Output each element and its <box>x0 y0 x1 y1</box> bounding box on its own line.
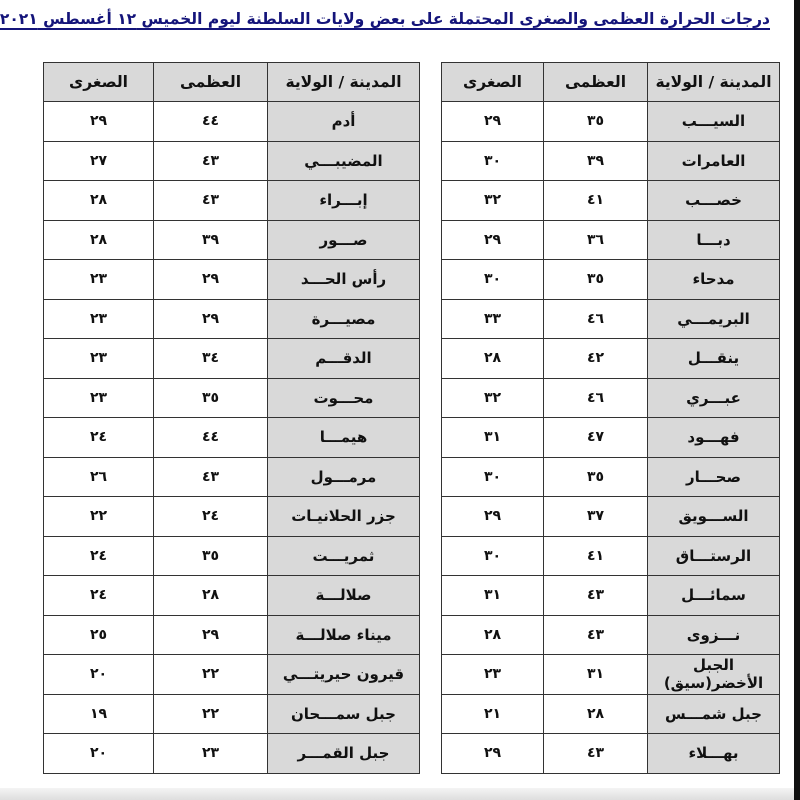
table-row: مرمـــول٤٣٢٦ <box>44 457 420 497</box>
min-temp-cell: ٢٩ <box>442 220 544 260</box>
table-row: السيـــب٣٥٢٩ <box>442 102 780 142</box>
city-cell: قيرون حيريتـــي <box>268 655 420 695</box>
min-temp-cell: ١٩ <box>44 694 154 734</box>
min-temp-cell: ٣٢ <box>442 181 544 221</box>
max-temp-cell: ٣٥ <box>154 378 268 418</box>
max-temp-cell: ٢٨ <box>154 576 268 616</box>
max-temp-cell: ٤٦ <box>544 299 648 339</box>
max-temp-cell: ٢٤ <box>154 497 268 537</box>
city-cell: العامرات <box>648 141 780 181</box>
city-cell: الســـويق <box>648 497 780 537</box>
city-cell: فهـــود <box>648 418 780 458</box>
min-temp-cell: ٢٩ <box>442 102 544 142</box>
header-min: الصغرى <box>44 63 154 102</box>
max-temp-cell: ٣٥ <box>544 260 648 300</box>
city-cell: عبـــري <box>648 378 780 418</box>
max-temp-cell: ٣٧ <box>544 497 648 537</box>
max-temp-cell: ٢٩ <box>154 615 268 655</box>
city-cell: الدقـــم <box>268 339 420 379</box>
max-temp-cell: ٤٣ <box>154 181 268 221</box>
table-row: ميناء صلالـــة٢٩٢٥ <box>44 615 420 655</box>
max-temp-cell: ٣١ <box>544 655 648 695</box>
table-row: جبل سمـــحان٢٢١٩ <box>44 694 420 734</box>
min-temp-cell: ٣١ <box>442 418 544 458</box>
city-cell: سمائـــل <box>648 576 780 616</box>
table-row: إبـــراء٤٣٢٨ <box>44 181 420 221</box>
header-max: العظمى <box>154 63 268 102</box>
max-temp-cell: ٤١ <box>544 536 648 576</box>
min-temp-cell: ٢٤ <box>44 418 154 458</box>
table-row: هيمـــا٤٤٢٤ <box>44 418 420 458</box>
table-row: سمائـــل٤٣٣١ <box>442 576 780 616</box>
min-temp-cell: ٢٣ <box>44 378 154 418</box>
table-row: العامرات٣٩٣٠ <box>442 141 780 181</box>
max-temp-cell: ٣٦ <box>544 220 648 260</box>
city-cell: دبـــا <box>648 220 780 260</box>
city-cell: مدحاء <box>648 260 780 300</box>
max-temp-cell: ٤٣ <box>154 457 268 497</box>
city-cell: إبـــراء <box>268 181 420 221</box>
table-row: قيرون حيريتـــي٢٢٢٠ <box>44 655 420 695</box>
min-temp-cell: ٣٣ <box>442 299 544 339</box>
min-temp-cell: ٢٨ <box>44 181 154 221</box>
min-temp-cell: ٢٤ <box>44 576 154 616</box>
table-row: نـــزوى٤٣٢٨ <box>442 615 780 655</box>
max-temp-cell: ٢٢ <box>154 655 268 695</box>
table-row: صلالـــة٢٨٢٤ <box>44 576 420 616</box>
city-cell: رأس الحـــد <box>268 260 420 300</box>
min-temp-cell: ٢٣ <box>442 655 544 695</box>
city-cell: مصيـــرة <box>268 299 420 339</box>
city-cell: صـــور <box>268 220 420 260</box>
temperature-table-right: المدينة / الولاية العظمى الصغرى السيـــب… <box>441 62 780 774</box>
min-temp-cell: ٣٠ <box>442 536 544 576</box>
table-header-row: المدينة / الولاية العظمى الصغرى <box>44 63 420 102</box>
max-temp-cell: ٢٩ <box>154 260 268 300</box>
min-temp-cell: ٢٣ <box>44 260 154 300</box>
max-temp-cell: ٤٣ <box>544 734 648 774</box>
city-cell: أدم <box>268 102 420 142</box>
min-temp-cell: ٢٨ <box>44 220 154 260</box>
city-cell: جزر الحلانيـات <box>268 497 420 537</box>
table-row: الرستـــاق٤١٣٠ <box>442 536 780 576</box>
table-row: صحـــار٣٥٣٠ <box>442 457 780 497</box>
min-temp-cell: ٣٢ <box>442 378 544 418</box>
max-temp-cell: ٤٣ <box>154 141 268 181</box>
table-row: الجبل الأخضر(سيق)٣١٢٣ <box>442 655 780 695</box>
table-row: دبـــا٣٦٢٩ <box>442 220 780 260</box>
max-temp-cell: ٤٤ <box>154 418 268 458</box>
city-cell: السيـــب <box>648 102 780 142</box>
city-cell: البريمـــي <box>648 299 780 339</box>
min-temp-cell: ٢٣ <box>44 299 154 339</box>
table-row: جزر الحلانيـات٢٤٢٢ <box>44 497 420 537</box>
city-cell: خصـــب <box>648 181 780 221</box>
table-row: ثمريـــت٣٥٢٤ <box>44 536 420 576</box>
max-temp-cell: ٣٥ <box>544 457 648 497</box>
max-temp-cell: ٣٤ <box>154 339 268 379</box>
min-temp-cell: ٢٤ <box>44 536 154 576</box>
city-cell: مرمـــول <box>268 457 420 497</box>
header-city: المدينة / الولاية <box>268 63 420 102</box>
min-temp-cell: ٣٠ <box>442 457 544 497</box>
city-cell: محـــوت <box>268 378 420 418</box>
table-row: محـــوت٣٥٢٣ <box>44 378 420 418</box>
city-cell: الجبل الأخضر(سيق) <box>648 655 780 695</box>
min-temp-cell: ٢١ <box>442 694 544 734</box>
min-temp-cell: ٢٩ <box>442 497 544 537</box>
table-row: الســـويق٣٧٢٩ <box>442 497 780 537</box>
city-cell: ينقـــل <box>648 339 780 379</box>
min-temp-cell: ٢٣ <box>44 339 154 379</box>
max-temp-cell: ٣٩ <box>544 141 648 181</box>
city-cell: جبل القمـــر <box>268 734 420 774</box>
city-cell: هيمـــا <box>268 418 420 458</box>
min-temp-cell: ٢٠ <box>44 655 154 695</box>
max-temp-cell: ٤٣ <box>544 615 648 655</box>
table-header-row: المدينة / الولاية العظمى الصغرى <box>442 63 780 102</box>
min-temp-cell: ٣٠ <box>442 141 544 181</box>
header-city: المدينة / الولاية <box>648 63 780 102</box>
table-row: جبل القمـــر٢٣٢٠ <box>44 734 420 774</box>
right-border-bar <box>794 0 800 800</box>
city-cell: جبل سمـــحان <box>268 694 420 734</box>
max-temp-cell: ٢٢ <box>154 694 268 734</box>
table-row: المضيبـــي٤٣٢٧ <box>44 141 420 181</box>
table-row: جبل شمـــس٢٨٢١ <box>442 694 780 734</box>
table-row: الدقـــم٣٤٢٣ <box>44 339 420 379</box>
table-row: ينقـــل٤٢٢٨ <box>442 339 780 379</box>
min-temp-cell: ٢٧ <box>44 141 154 181</box>
city-cell: الرستـــاق <box>648 536 780 576</box>
header-min: الصغرى <box>442 63 544 102</box>
table-row: مدحاء٣٥٣٠ <box>442 260 780 300</box>
max-temp-cell: ٤١ <box>544 181 648 221</box>
max-temp-cell: ٤٤ <box>154 102 268 142</box>
city-cell: جبل شمـــس <box>648 694 780 734</box>
city-cell: ثمريـــت <box>268 536 420 576</box>
table-row: بهـــلاء٤٣٢٩ <box>442 734 780 774</box>
min-temp-cell: ٢٢ <box>44 497 154 537</box>
max-temp-cell: ٣٩ <box>154 220 268 260</box>
max-temp-cell: ٤٦ <box>544 378 648 418</box>
table-row: عبـــري٤٦٣٢ <box>442 378 780 418</box>
header-max: العظمى <box>544 63 648 102</box>
table-row: أدم٤٤٢٩ <box>44 102 420 142</box>
min-temp-cell: ٣١ <box>442 576 544 616</box>
max-temp-cell: ٢٩ <box>154 299 268 339</box>
table-row: مصيـــرة٢٩٢٣ <box>44 299 420 339</box>
table-row: البريمـــي٤٦٣٣ <box>442 299 780 339</box>
min-temp-cell: ٢٩ <box>44 102 154 142</box>
max-temp-cell: ٤٧ <box>544 418 648 458</box>
min-temp-cell: ٣٠ <box>442 260 544 300</box>
max-temp-cell: ٢٨ <box>544 694 648 734</box>
city-cell: صحـــار <box>648 457 780 497</box>
min-temp-cell: ٢٩ <box>442 734 544 774</box>
city-cell: المضيبـــي <box>268 141 420 181</box>
min-temp-cell: ٢٥ <box>44 615 154 655</box>
max-temp-cell: ٣٥ <box>154 536 268 576</box>
city-cell: صلالـــة <box>268 576 420 616</box>
table-row: خصـــب٤١٣٢ <box>442 181 780 221</box>
city-cell: بهـــلاء <box>648 734 780 774</box>
city-cell: نـــزوى <box>648 615 780 655</box>
max-temp-cell: ٢٣ <box>154 734 268 774</box>
min-temp-cell: ٢٨ <box>442 339 544 379</box>
bottom-shadow <box>0 788 794 800</box>
temperature-table-left: المدينة / الولاية العظمى الصغرى أدم٤٤٢٩ا… <box>43 62 420 774</box>
city-cell: ميناء صلالـــة <box>268 615 420 655</box>
table-row: رأس الحـــد٢٩٢٣ <box>44 260 420 300</box>
table-row: صـــور٣٩٢٨ <box>44 220 420 260</box>
max-temp-cell: ٣٥ <box>544 102 648 142</box>
page-title: درجات الحرارة العظمى والصغرى المحتملة عل… <box>10 4 770 34</box>
table-row: فهـــود٤٧٣١ <box>442 418 780 458</box>
max-temp-cell: ٤٢ <box>544 339 648 379</box>
min-temp-cell: ٢٦ <box>44 457 154 497</box>
min-temp-cell: ٢٨ <box>442 615 544 655</box>
min-temp-cell: ٢٠ <box>44 734 154 774</box>
max-temp-cell: ٤٣ <box>544 576 648 616</box>
